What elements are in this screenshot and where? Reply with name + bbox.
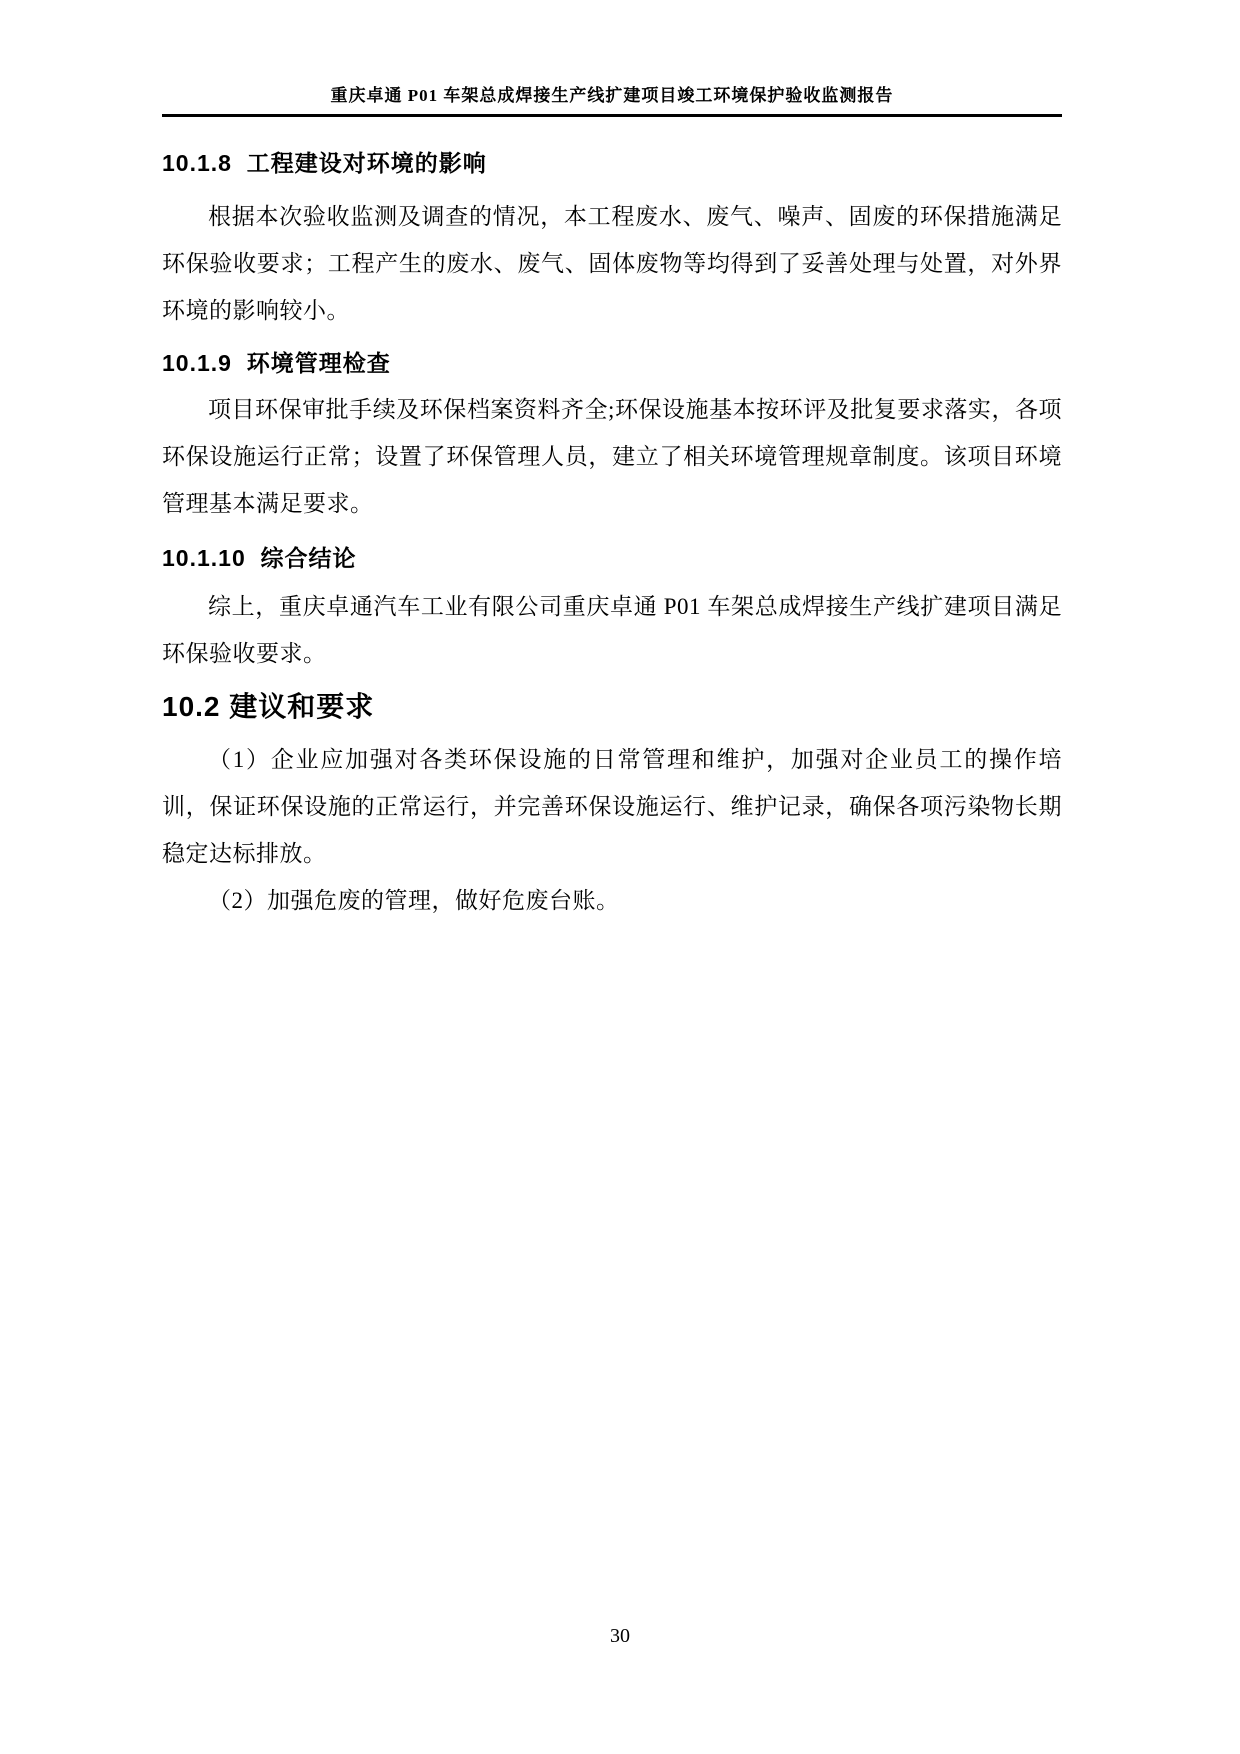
document-body: 10.1.8 工程建设对环境的影响 根据本次验收监测及调查的情况，本工程废水、废… <box>162 0 1062 924</box>
heading-10-2: 10.2 建议和要求 <box>162 690 1062 724</box>
page-number: 30 <box>0 1624 1240 1648</box>
heading-10-1-9: 10.1.9 环境管理检查 <box>162 349 1062 377</box>
heading-10-1-10: 10.1.10 综合结论 <box>162 544 1062 572</box>
document-page: 重庆卓通 P01 车架总成焊接生产线扩建项目竣工环境保护验收监测报告 10.1.… <box>0 0 1240 1754</box>
paragraph-suggestion-1: （1）企业应加强对各类环保设施的日常管理和维护，加强对企业员工的操作培训，保证环… <box>162 736 1062 877</box>
heading-10-1-8: 10.1.8 工程建设对环境的影响 <box>162 149 1062 177</box>
paragraph-environment-impact: 根据本次验收监测及调查的情况，本工程废水、废气、噪声、固废的环保措施满足环保验收… <box>162 193 1062 334</box>
paragraph-suggestion-2: （2）加强危废的管理，做好危废台账。 <box>162 877 1062 924</box>
paragraph-overall-conclusion: 综上，重庆卓通汽车工业有限公司重庆卓通 P01 车架总成焊接生产线扩建项目满足环… <box>162 583 1062 677</box>
paragraph-management-check: 项目环保审批手续及环保档案资料齐全;环保设施基本按环评及批复要求落实，各项环保设… <box>162 386 1062 527</box>
